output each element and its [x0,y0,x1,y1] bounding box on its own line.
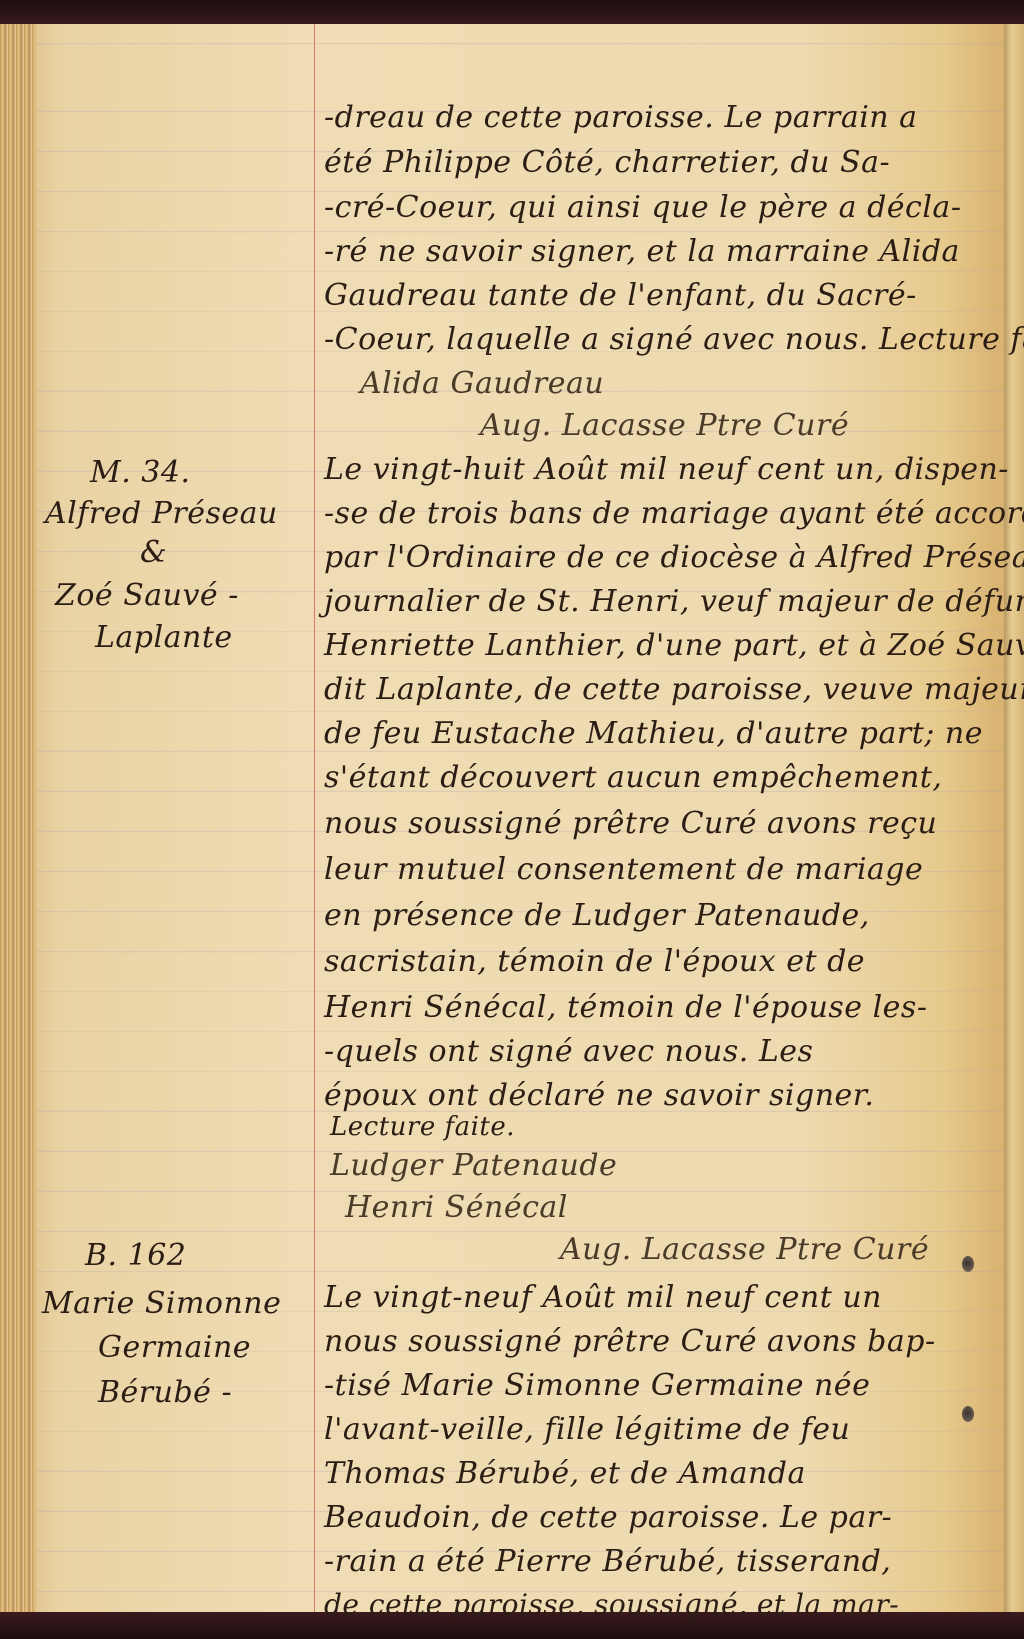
text-line: dit Laplante, de cette paroisse, veuve m… [324,672,1024,707]
text-line: -dreau de cette paroisse. Le parrain a [324,100,918,135]
text-line: Le vingt-huit Août mil neuf cent un, dis… [324,452,1009,487]
text-line: Thomas Bérubé, et de Amanda [324,1456,806,1491]
margin-name: Zoé Sauvé - [55,578,239,613]
margin-ampersand: & [140,535,167,570]
text-line: sacristain, témoin de l'époux et de [324,944,865,979]
text-line: en présence de Ludger Patenaude, [324,898,870,933]
text-line: été Philippe Côté, charretier, du Sa- [324,145,890,180]
punch-hole [962,1406,974,1422]
text-line: par l'Ordinaire de ce diocèse à Alfred P… [324,540,1024,575]
text-line: journalier de St. Henri, veuf majeur de … [324,584,1024,619]
text-line: nous soussigné prêtre Curé avons reçu [324,806,937,841]
margin-record-number: M. 34. [90,455,191,490]
text-line: -ré ne savoir signer, et la marraine Ali… [324,234,960,269]
text-line: nous soussigné prêtre Curé avons bap- [324,1324,936,1359]
text-line: de cette paroisse, soussigné, et la mar- [324,1588,899,1621]
signature: Aug. Lacasse Ptre Curé [480,408,849,443]
text-line: Lecture faite. [330,1112,515,1142]
margin-name: Laplante [95,620,233,655]
margin-rule [314,24,315,1612]
next-page-edge [1004,24,1024,1612]
text-line: Henriette Lanthier, d'une part, et à Zoé… [324,628,1024,663]
signature: Henri Sénécal [345,1190,568,1225]
text-line: -rain a été Pierre Bérubé, tisserand, [324,1544,891,1579]
page-stack-edge [0,24,36,1612]
text-line: leur mutuel consentement de mariage [324,852,923,887]
margin-name: Alfred Préseau [45,496,278,531]
text-line: l'avant-veille, fille légitime de feu [324,1412,850,1447]
text-line: -cré-Coeur, qui ainsi que le père a décl… [324,190,961,225]
text-line: Le vingt-neuf Août mil neuf cent un [324,1280,882,1315]
text-line: Beaudoin, de cette paroisse. Le par- [324,1500,892,1535]
text-line: s'étant découvert aucun empêchement, [324,760,942,795]
margin-record-number: B. 162 [85,1238,186,1273]
text-line: -se de trois bans de mariage ayant été a… [324,496,1024,531]
text-line: -tisé Marie Simonne Germaine née [324,1368,870,1403]
margin-name: Bérubé - [98,1375,232,1410]
text-line: de feu Eustache Mathieu, d'autre part; n… [324,716,983,751]
text-line: Gaudreau tante de l'enfant, du Sacré- [324,278,917,313]
book-cover-top [0,0,1024,24]
text-line: -Coeur, laquelle a signé avec nous. Lect… [324,322,1024,357]
signature: Ludger Patenaude [330,1148,617,1183]
text-line: époux ont déclaré ne savoir signer. [324,1078,874,1113]
signature: Aug. Lacasse Ptre Curé [560,1232,929,1267]
margin-name: Marie Simonne [42,1286,281,1321]
punch-hole [962,1256,974,1272]
signature: Alida Gaudreau [360,366,604,401]
margin-name: Germaine [98,1330,251,1365]
text-line: Henri Sénécal, témoin de l'épouse les- [324,990,927,1025]
text-line: -quels ont signé avec nous. Les [324,1034,813,1069]
